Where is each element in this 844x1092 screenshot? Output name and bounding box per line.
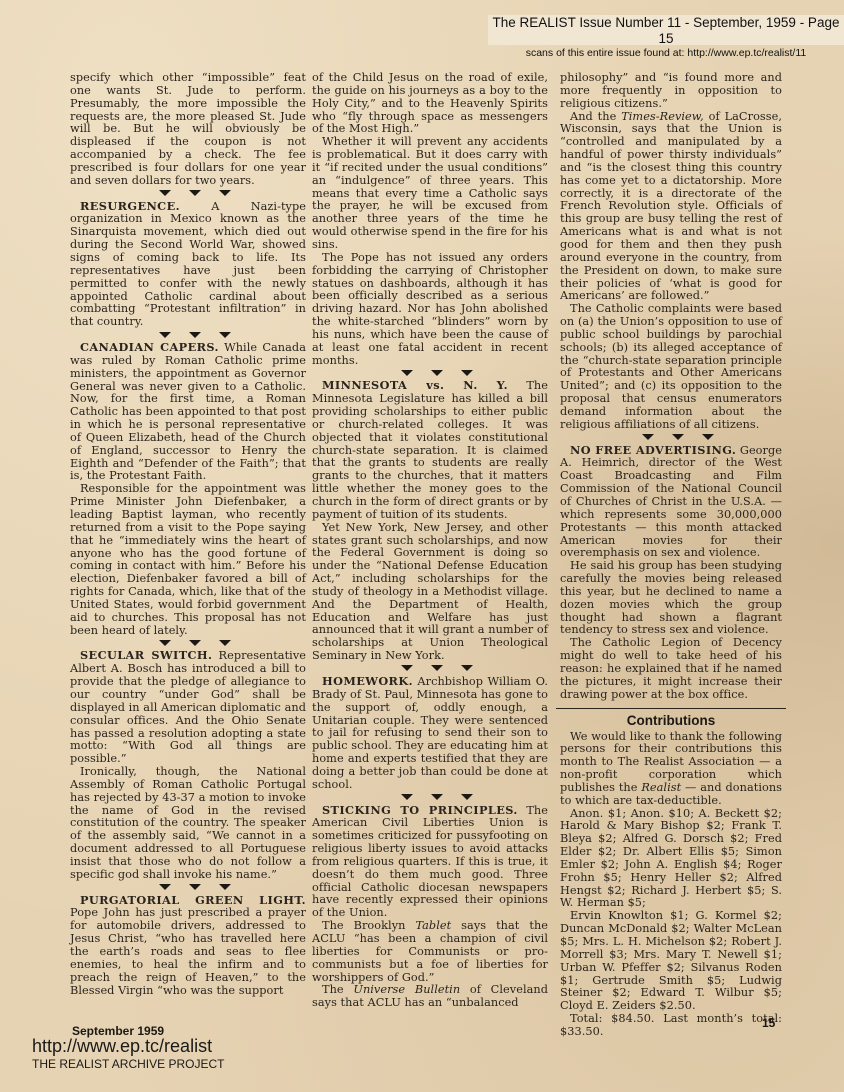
paragraph: The Brooklyn Tablet says that the ACLU “… bbox=[312, 920, 548, 984]
triangle-icon bbox=[219, 640, 231, 646]
article-heading: NO FREE ADVERTISING. bbox=[570, 443, 736, 457]
triangle-icon bbox=[189, 640, 201, 646]
article-resurgence: RESURGENCE. A Nazi-type organization in … bbox=[70, 200, 306, 329]
contributions-total: Total: $84.50. Last month’s total: $33.5… bbox=[560, 1013, 782, 1039]
scans-link-note: scans of this entire issue found at: htt… bbox=[488, 47, 844, 60]
article-no-free-advertising: NO FREE ADVERTISING. George A. Heimrich,… bbox=[560, 444, 782, 561]
paragraph: Yet New York, New Jersey, and other stat… bbox=[312, 522, 548, 663]
paragraph: The Universe Bulletin of Cleveland says … bbox=[312, 984, 548, 1010]
issue-title: The REALIST Issue Number 11 - September,… bbox=[488, 15, 844, 47]
column-1: specify which other “impossible” feat on… bbox=[70, 72, 306, 997]
article-sticking-to-principles: STICKING TO PRINCIPLES. The American Civ… bbox=[312, 804, 548, 921]
column-2: of the Child Jesus on the road of exile,… bbox=[312, 72, 548, 1010]
archive-project-label: THE REALIST ARCHIVE PROJECT bbox=[32, 1057, 225, 1071]
triangle-icon bbox=[159, 190, 171, 196]
article-heading: PURGATORIAL GREEN LIGHT. bbox=[80, 893, 306, 907]
triangle-icon bbox=[219, 884, 231, 890]
triangle-icon bbox=[461, 665, 473, 671]
article-heading: RESURGENCE. bbox=[80, 199, 180, 213]
article-canadian-capers: CANADIAN CAPERS. While Canada was ruled … bbox=[70, 341, 306, 483]
triangle-icon bbox=[159, 332, 171, 338]
archive-header: The REALIST Issue Number 11 - September,… bbox=[488, 15, 844, 45]
contributions-heading: Contributions bbox=[560, 713, 782, 729]
triangle-icon bbox=[461, 370, 473, 376]
page-number: 15 bbox=[762, 1016, 775, 1030]
triangle-icon bbox=[431, 665, 443, 671]
paragraph: And the Times-Review, of LaCrosse, Wisco… bbox=[560, 111, 782, 304]
paragraph: Responsible for the appointment was Prim… bbox=[70, 483, 306, 637]
triangle-icon bbox=[219, 190, 231, 196]
paragraph: Ironically, though, the National Assembl… bbox=[70, 766, 306, 882]
publication-name: Realist bbox=[641, 781, 681, 794]
publication-name: Universe Bulletin bbox=[353, 983, 460, 996]
article-heading: HOMEWORK. bbox=[322, 674, 413, 688]
divider bbox=[556, 708, 786, 709]
triangle-icon bbox=[401, 665, 413, 671]
paragraph: philosophy” and “is found more and more … bbox=[560, 72, 782, 111]
triangle-icon bbox=[461, 794, 473, 800]
triangle-icon bbox=[431, 370, 443, 376]
paragraph: The Catholic complaints were based on (a… bbox=[560, 303, 782, 431]
triangle-icon bbox=[189, 332, 201, 338]
paragraph: He said his group has been studying care… bbox=[560, 560, 782, 637]
triangle-icon bbox=[159, 640, 171, 646]
archive-url[interactable]: http://www.ep.tc/realist bbox=[32, 1036, 212, 1057]
triangle-icon bbox=[159, 884, 171, 890]
paragraph: Whether it will prevent any accidents is… bbox=[312, 136, 548, 252]
triangle-icon bbox=[431, 794, 443, 800]
article-heading: MINNESOTA vs. N. Y. bbox=[322, 378, 508, 392]
triangle-icon bbox=[672, 434, 684, 440]
donor-list: Anon. $1; Anon. $10; A. Beckett $2; Haro… bbox=[560, 808, 782, 911]
contributions-intro: We would like to thank the following per… bbox=[560, 731, 782, 808]
article-purgatorial-green-light: PURGATORIAL GREEN LIGHT. Pope John has j… bbox=[70, 894, 306, 998]
article-heading: SECULAR SWITCH. bbox=[80, 648, 212, 662]
article-heading: CANADIAN CAPERS. bbox=[80, 340, 219, 354]
st-jude-continued: specify which other “impossible” feat on… bbox=[70, 72, 306, 188]
triangle-icon bbox=[189, 190, 201, 196]
paragraph: The Pope has not issued any orders forbi… bbox=[312, 252, 548, 368]
article-secular-switch: SECULAR SWITCH. Representative Albert A.… bbox=[70, 649, 306, 766]
triangle-icon bbox=[642, 434, 654, 440]
triangle-icon bbox=[401, 370, 413, 376]
triangle-icon bbox=[219, 332, 231, 338]
paragraph: of the Child Jesus on the road of exile,… bbox=[312, 72, 548, 136]
triangle-icon bbox=[189, 884, 201, 890]
article-homework: HOMEWORK. Archbishop William O. Brady of… bbox=[312, 675, 548, 792]
article-minnesota-vs-ny: MINNESOTA vs. N. Y. The Minnesota Legisl… bbox=[312, 379, 548, 521]
publication-name: Tablet bbox=[415, 919, 451, 932]
triangle-icon bbox=[401, 794, 413, 800]
publication-name: Times-Review, bbox=[621, 110, 704, 123]
donor-list: Ervin Knowlton $1; G. Kormel $2; Duncan … bbox=[560, 910, 782, 1013]
paragraph: The Catholic Legion of Decency might do … bbox=[560, 637, 782, 701]
column-3: philosophy” and “is found more and more … bbox=[560, 72, 782, 1039]
article-heading: STICKING TO PRINCIPLES. bbox=[322, 803, 518, 817]
triangle-icon bbox=[702, 434, 714, 440]
